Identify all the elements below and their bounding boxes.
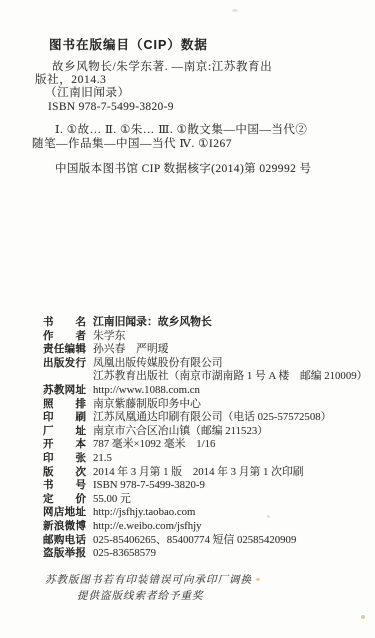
colophon-label: 作者 (43, 330, 86, 344)
colophon-value: 025-83658579 (93, 547, 156, 561)
colophon-row: 书号ISBN 978-7-5499-3820-9 (43, 479, 367, 493)
colophon-value: 江南旧闻录：故乡风物长 (93, 316, 212, 330)
colophon-label: 邮购电话 (43, 534, 86, 548)
piracy-reward-notice: 提供盗版线索者给予重奖 (77, 589, 252, 605)
misprint-exchange-notice: 苏教版图书若有印装错误可向承印厂调换 (45, 573, 252, 589)
cip-classification-line1: Ⅰ. ①故… Ⅱ. ①朱… Ⅲ. ①散文集—中国—当代② (55, 124, 307, 138)
colophon-value: 朱学东 (93, 330, 125, 344)
colophon-value: 凤凰出版传媒股份有限公司 (93, 357, 223, 371)
scan-speck (232, 9, 238, 12)
cip-series-title: （江南旧闻录） (45, 87, 272, 100)
colophon-label: 盗版举报 (43, 547, 86, 561)
scan-speck (256, 578, 260, 581)
colophon-row: 新浪微博http://e.weibo.com/jsfhjy (43, 520, 367, 534)
cip-classification-line2: 随笔—作品集—中国—当代 Ⅳ. ①I267 (32, 138, 307, 152)
colophon-label: 厂址 (43, 425, 86, 439)
colophon-value: 孙兴春 严明瑷 (93, 343, 169, 357)
colophon-row: 印张21.5 (43, 452, 367, 466)
cip-description-block: 故乡风物长/朱学东著. —南京:江苏教育出 版社，2014.3 （江南旧闻录） … (30, 61, 272, 114)
colophon-value: http://www.1088.com.cn (93, 384, 200, 398)
colophon-label: 版次 (43, 466, 86, 480)
colophon-row: 厂址南京市六合区冶山镇（邮编 211523） (43, 425, 367, 439)
cip-isbn: ISBN 978-7-5499-3820-9 (48, 101, 272, 114)
colophon-row: 盗版举报025-83658579 (43, 547, 367, 561)
colophon-row: 照排南京紫藤制版印务中心 (43, 398, 367, 412)
colophon-row: 作者朱学东 (43, 330, 367, 344)
colophon-label: 书名 (43, 316, 86, 330)
colophon-value: 2014 年 3 月第 1 版 2014 年 3 月第 1 次印刷 (93, 466, 304, 480)
colophon-value: 787 毫米×1092 毫米 1/16 (93, 438, 215, 452)
colophon-value: http://jsfhjy.taobao.com (93, 506, 195, 520)
cip-record-number: 中国版本图书馆 CIP 数据核字(2014)第 029992 号 (55, 160, 311, 176)
colophon-value: ISBN 978-7-5499-3820-9 (93, 479, 205, 493)
colophon-row: 书名江南旧闻录：故乡风物长 (43, 316, 367, 330)
colophon-label: 定价 (43, 493, 86, 507)
footer-notice: 苏教版图书若有印装错误可向承印厂调换 提供盗版线索者给予重奖 (45, 573, 252, 604)
colophon-row: 江苏教育出版社（南京市湖南路 1 号 A 楼 邮编 210009） (43, 370, 367, 384)
colophon-label: 出版发行 (43, 357, 86, 371)
colophon-value: 21.5 (93, 452, 112, 466)
cip-heading: 图书在版编目（CIP）数据 (49, 35, 208, 53)
colophon-label: 苏教网址 (43, 384, 86, 398)
colophon-row: 邮购电话025-85406265、85400774 短信 02585420909 (43, 534, 367, 548)
colophon-label: 照排 (43, 398, 86, 412)
colophon-label: 责任编辑 (43, 343, 86, 357)
colophon-row: 印刷江苏凤凰通达印刷有限公司（电话 025-57572508） (43, 411, 367, 425)
colophon-row: 网店地址http://jsfhjy.taobao.com (43, 506, 367, 520)
colophon-row: 版次2014 年 3 月第 1 版 2014 年 3 月第 1 次印刷 (43, 466, 367, 480)
colophon-row: 苏教网址http://www.1088.com.cn (43, 384, 367, 398)
scan-speck (361, 615, 365, 619)
colophon-value: 江苏凤凰通达印刷有限公司（电话 025-57572508） (93, 411, 331, 425)
colophon-row: 开本787 毫米×1092 毫米 1/16 (43, 438, 367, 452)
colophon-value: http://e.weibo.com/jsfhjy (93, 520, 202, 534)
book-copyright-page: 图书在版编目（CIP）数据 故乡风物长/朱学东著. —南京:江苏教育出 版社，2… (0, 0, 375, 638)
colophon-row: 定价55.00 元 (43, 493, 367, 507)
colophon-label: 新浪微博 (43, 520, 86, 534)
cip-classification-block: Ⅰ. ①故… Ⅱ. ①朱… Ⅲ. ①散文集—中国—当代② 随笔—作品集—中国—当… (30, 124, 307, 151)
colophon-row: 出版发行凤凰出版传媒股份有限公司 (43, 357, 367, 371)
colophon-row: 责任编辑孙兴春 严明瑷 (43, 343, 367, 357)
colophon-value: 南京市六合区冶山镇（邮编 211523） (93, 425, 268, 439)
cip-title-line2: 版社，2014.3 (35, 74, 272, 87)
cip-title-line1: 故乡风物长/朱学东著. —南京:江苏教育出 (52, 61, 272, 74)
colophon-label: 书号 (43, 479, 86, 493)
scan-speck (267, 515, 270, 518)
colophon-value: 025-85406265、85400774 短信 02585420909 (93, 534, 296, 548)
colophon-value: 55.00 元 (93, 493, 131, 507)
colophon-label: 网店地址 (43, 506, 86, 520)
colophon-value: 江苏教育出版社（南京市湖南路 1 号 A 楼 邮编 210009） (93, 370, 367, 384)
colophon-label: 开本 (43, 438, 86, 452)
colophon-label: 印刷 (43, 411, 86, 425)
colophon-label: 印张 (43, 452, 86, 466)
colophon-value: 南京紫藤制版印务中心 (93, 398, 201, 412)
colophon-table: 书名江南旧闻录：故乡风物长作者朱学东责任编辑孙兴春 严明瑷出版发行凤凰出版传媒股… (43, 316, 367, 561)
